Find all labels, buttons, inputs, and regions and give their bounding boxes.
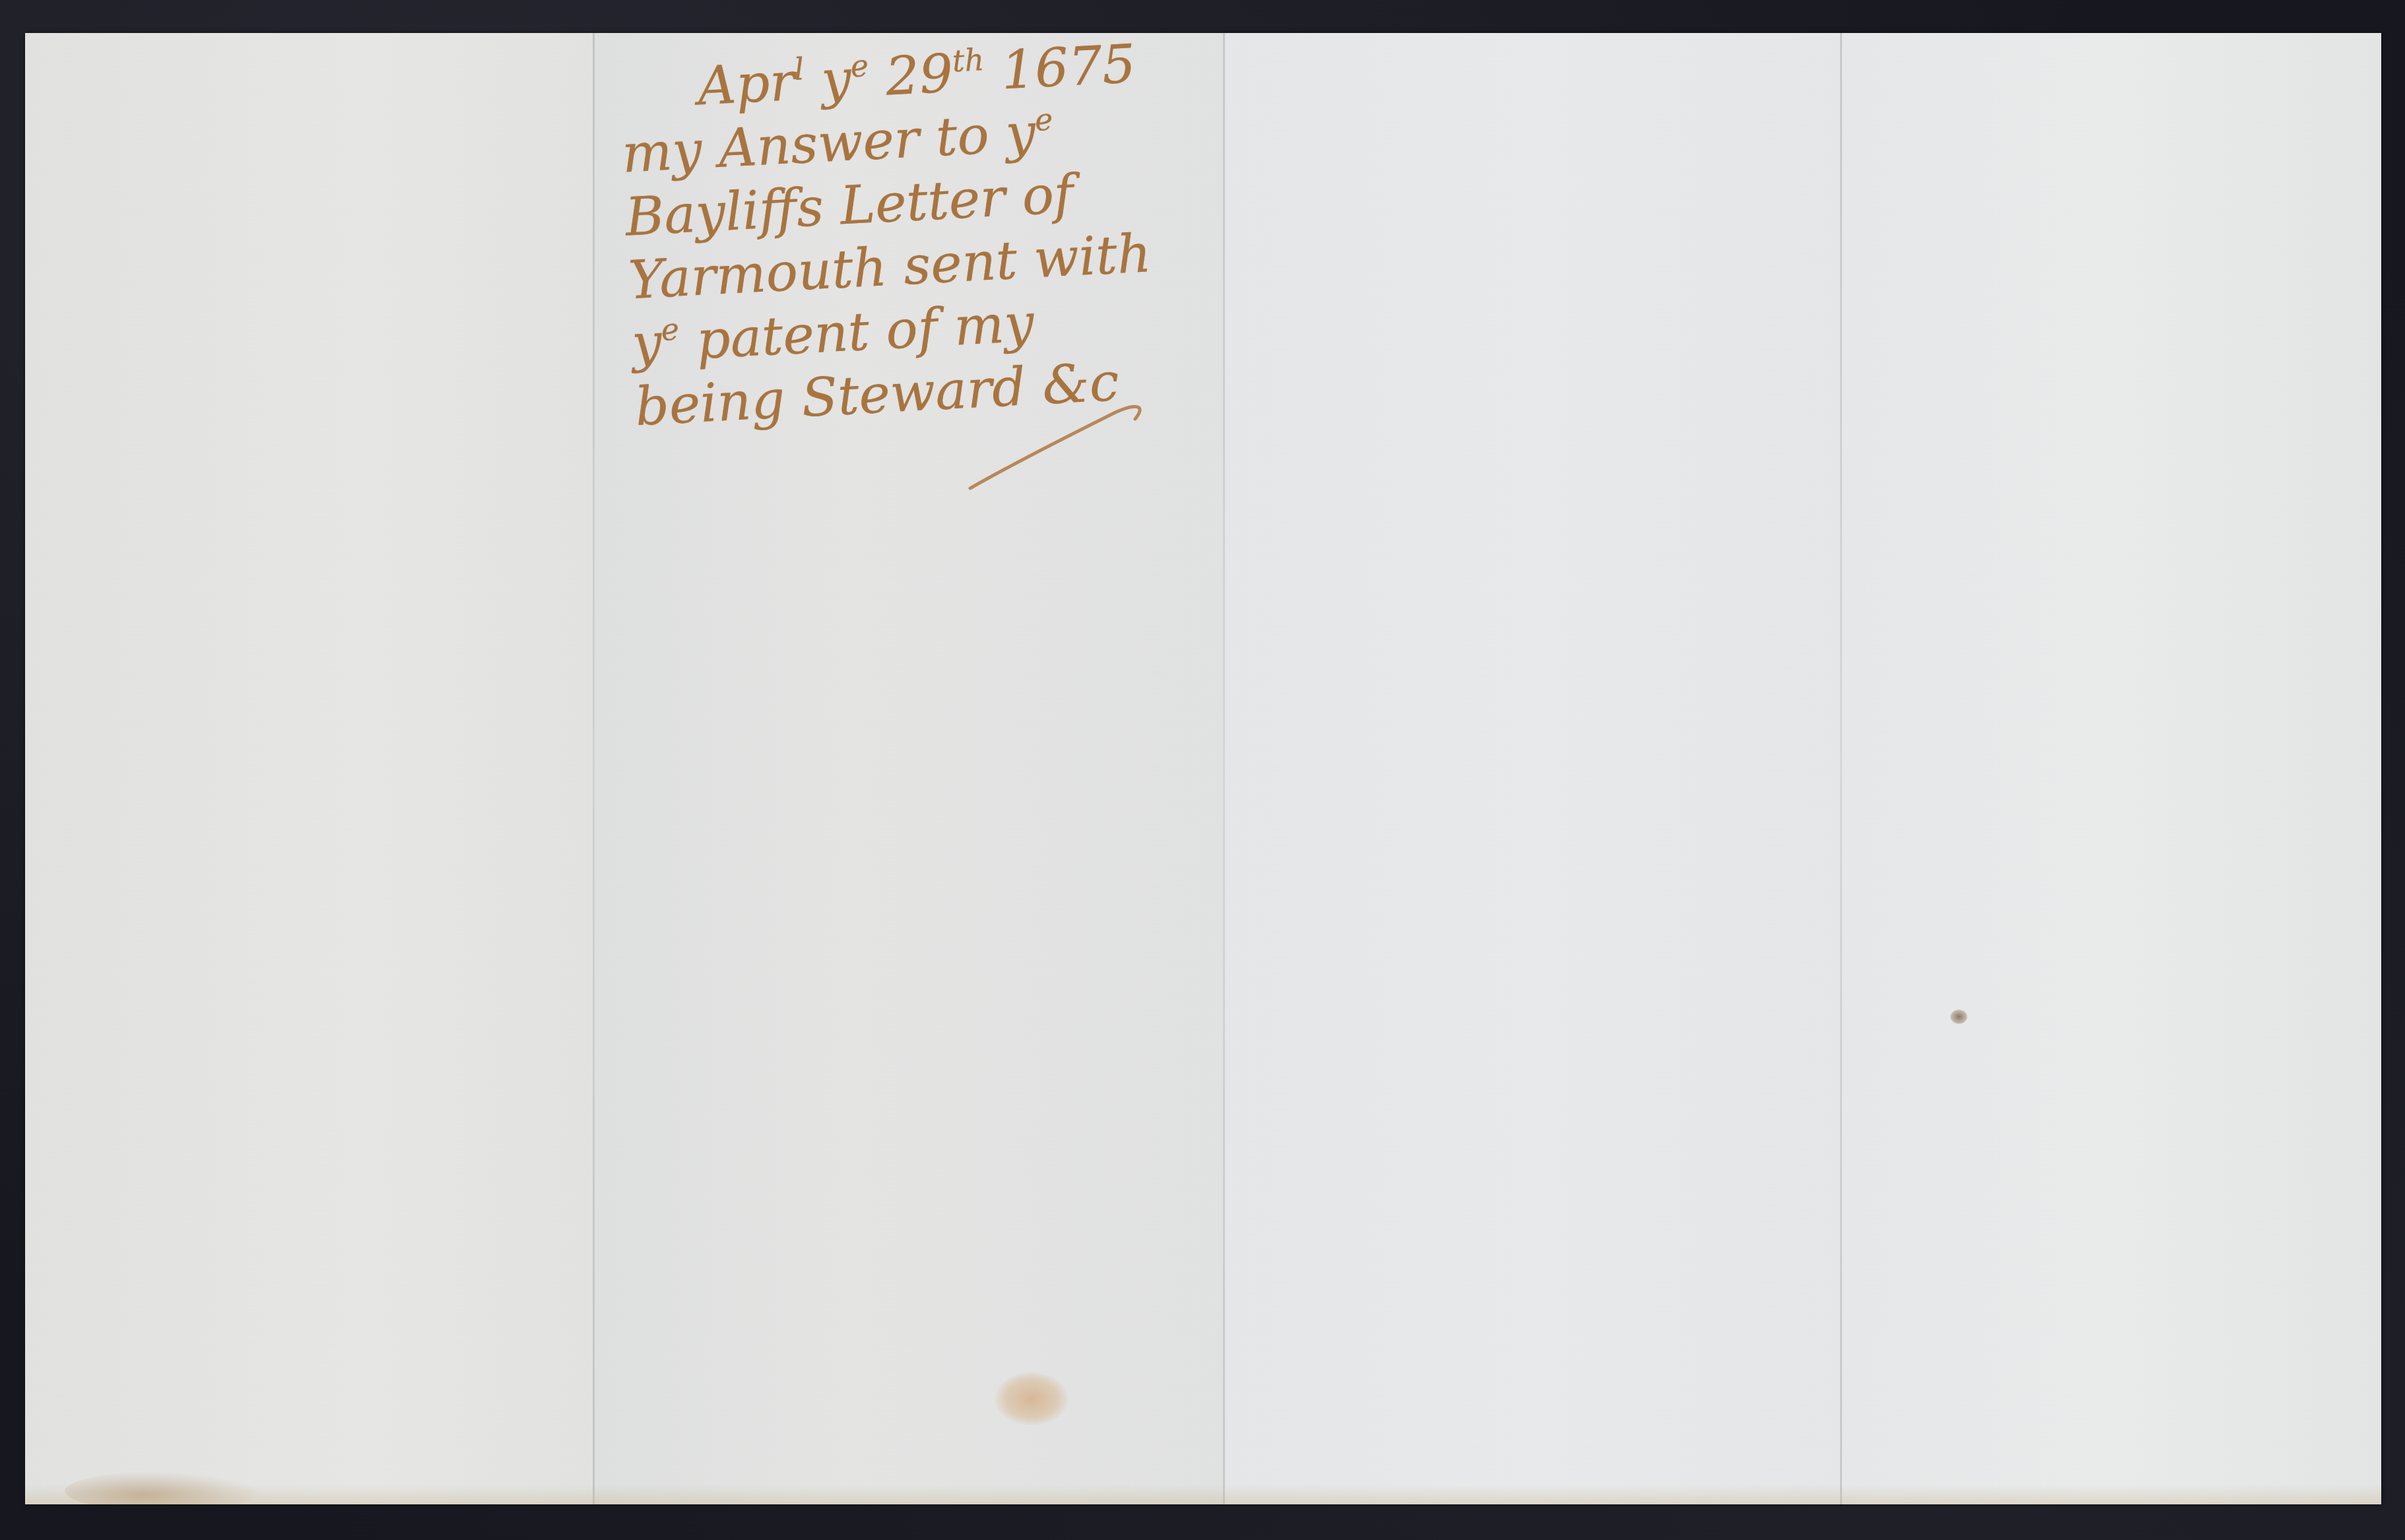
pen-flourish xyxy=(957,389,1155,495)
fold-panel-3 xyxy=(1223,33,1840,1504)
fold-line xyxy=(1840,33,1842,1504)
handwritten-endorsement: Aprl ye 29th 1675 my Answer to ye Baylif… xyxy=(617,31,1177,439)
foxing-stain xyxy=(995,1372,1068,1425)
fold-line xyxy=(593,33,595,1504)
manuscript-sheet xyxy=(25,33,2381,1504)
fold-line xyxy=(1223,33,1225,1504)
fold-panel-1 xyxy=(25,33,593,1504)
ink-spot xyxy=(1950,1010,1967,1024)
aged-bottom-edge xyxy=(25,1485,2381,1504)
fold-panel-4 xyxy=(1840,33,2381,1504)
